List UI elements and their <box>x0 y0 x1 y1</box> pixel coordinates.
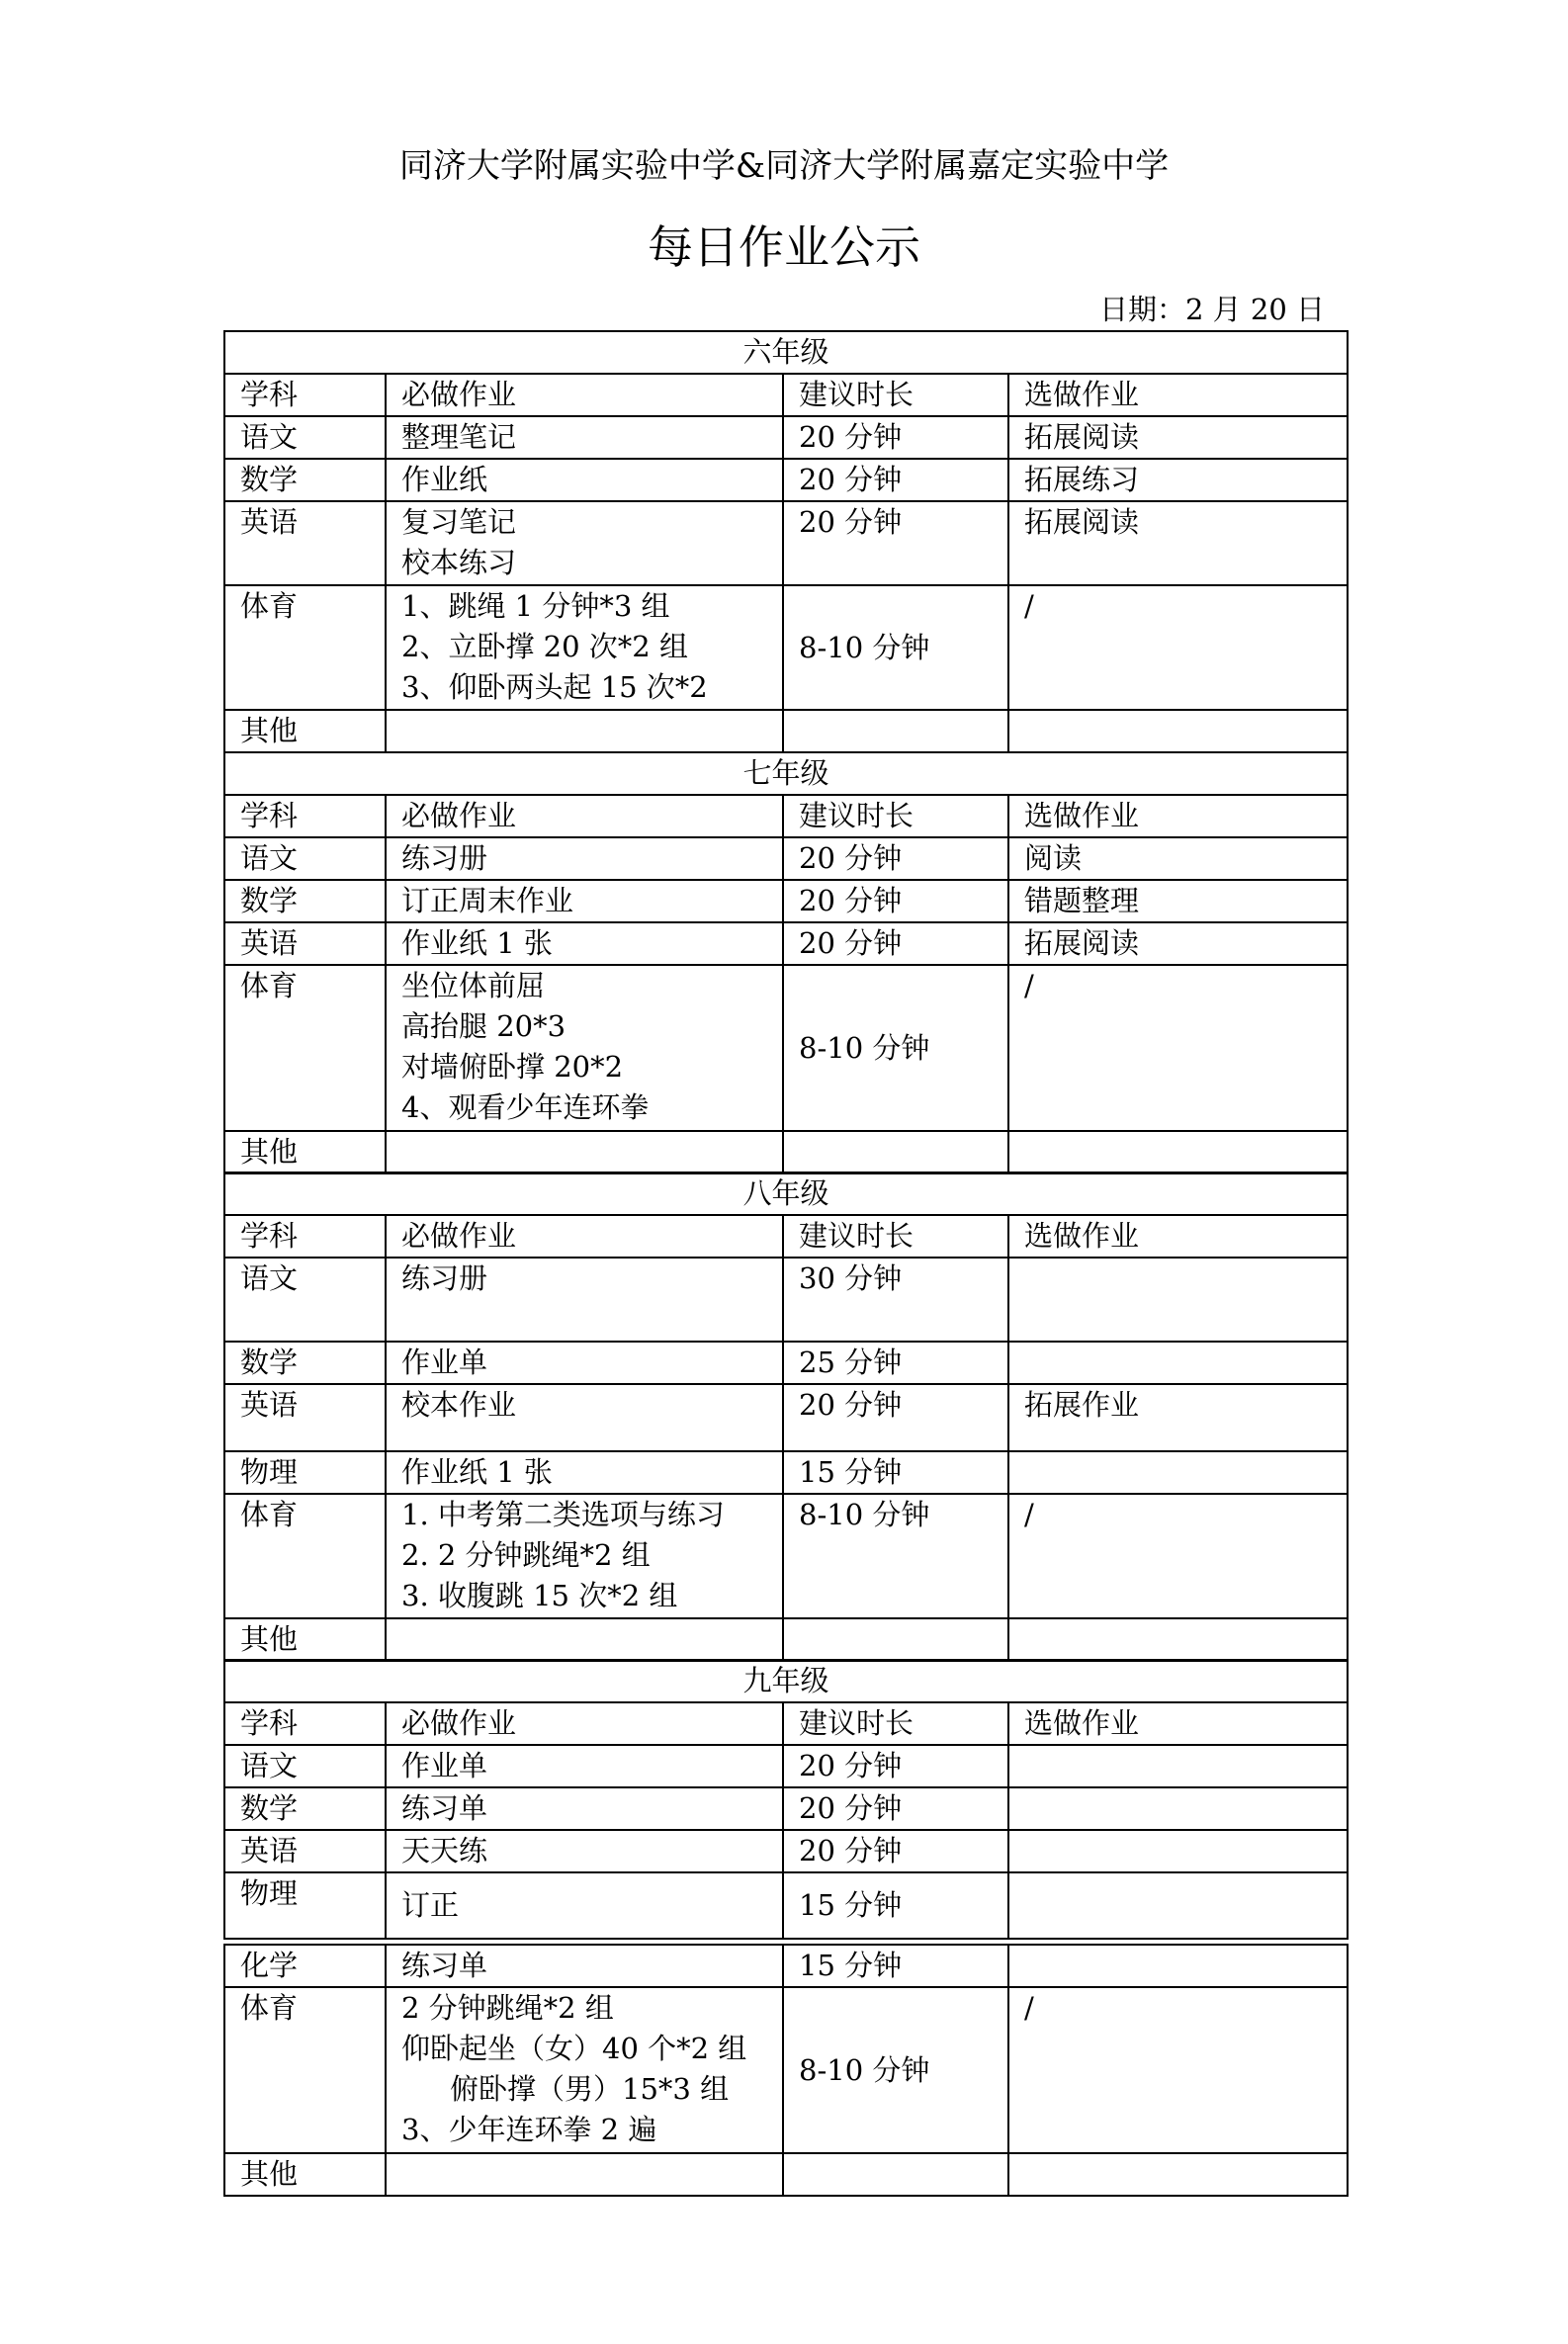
duration-cell: 20 分钟 <box>783 837 1008 880</box>
grade-8-table: 八年级 学科 必做作业 建议时长 选做作业 语文 练习册 30 分钟 数学 作业… <box>223 1172 1349 1662</box>
subject-cell: 体育 <box>224 1987 386 2153</box>
subject-cell: 物理 <box>224 1451 386 1494</box>
optional-cell <box>1008 1131 1348 1173</box>
duration-cell: 15 分钟 <box>783 1451 1008 1494</box>
optional-cell: / <box>1008 1494 1348 1618</box>
date-label: 日期：2 月 20 日 <box>1099 292 1325 327</box>
required-line: 对墙俯卧撑 20*2 <box>401 1047 782 1087</box>
duration-cell: 20 分钟 <box>783 1745 1008 1787</box>
required-line: 俯卧撑（男）15*3 组 <box>401 2069 782 2110</box>
required-cell: 练习单 <box>386 1945 783 1987</box>
required-line: 4、观看少年连环拳 <box>401 1087 782 1128</box>
col-optional: 选做作业 <box>1008 1702 1348 1745</box>
table-row: 数学 作业纸 20 分钟 拓展练习 <box>224 459 1348 501</box>
optional-cell <box>1008 1342 1348 1384</box>
required-line: 复习笔记 <box>401 502 782 543</box>
optional-cell: 拓展练习 <box>1008 459 1348 501</box>
subject-cell: 其他 <box>224 1618 386 1661</box>
duration-cell: 8-10 分钟 <box>783 1987 1008 2153</box>
required-cell: 2 分钟跳绳*2 组 仰卧起坐（女）40 个*2 组 俯卧撑（男）15*3 组 … <box>386 1987 783 2153</box>
required-cell: 天天练 <box>386 1830 783 1872</box>
col-subject: 学科 <box>224 795 386 837</box>
table-row: 数学 作业单 25 分钟 <box>224 1342 1348 1384</box>
column-header-row: 学科 必做作业 建议时长 选做作业 <box>224 795 1348 837</box>
required-cell: 作业纸 1 张 <box>386 922 783 965</box>
table-row: 体育 坐位体前屈 高抬腿 20*3 对墙俯卧撑 20*2 4、观看少年连环拳 8… <box>224 965 1348 1131</box>
required-cell: 复习笔记 校本练习 <box>386 501 783 585</box>
optional-cell <box>1008 710 1348 752</box>
optional-cell <box>1008 1872 1348 1939</box>
required-line: 1、跳绳 1 分钟*3 组 <box>401 586 782 627</box>
col-optional: 选做作业 <box>1008 795 1348 837</box>
subject-cell: 体育 <box>224 1494 386 1618</box>
table-row: 语文 练习册 20 分钟 阅读 <box>224 837 1348 880</box>
subject-cell: 语文 <box>224 416 386 459</box>
duration-cell: 20 分钟 <box>783 459 1008 501</box>
table-row: 语文 练习册 30 分钟 <box>224 1258 1348 1342</box>
duration-cell: 20 分钟 <box>783 501 1008 585</box>
table-row: 英语 天天练 20 分钟 <box>224 1830 1348 1872</box>
duration-cell: 20 分钟 <box>783 1384 1008 1451</box>
optional-cell <box>1008 2153 1348 2196</box>
subject-cell: 数学 <box>224 1342 386 1384</box>
duration-cell: 25 分钟 <box>783 1342 1008 1384</box>
duration-cell: 20 分钟 <box>783 922 1008 965</box>
table-row: 体育 1、跳绳 1 分钟*3 组 2、立卧撑 20 次*2 组 3、仰卧两头起 … <box>224 585 1348 710</box>
col-subject: 学科 <box>224 1702 386 1745</box>
table-row: 其他 <box>224 710 1348 752</box>
table-row: 化学 练习单 15 分钟 <box>224 1945 1348 1987</box>
required-line: 3、仰卧两头起 15 次*2 <box>401 667 782 708</box>
subject-cell: 英语 <box>224 501 386 585</box>
subject-cell: 英语 <box>224 1830 386 1872</box>
required-cell <box>386 1131 783 1173</box>
col-duration: 建议时长 <box>783 1702 1008 1745</box>
optional-cell: 拓展阅读 <box>1008 501 1348 585</box>
duration-cell: 8-10 分钟 <box>783 585 1008 710</box>
required-line: 仰卧起坐（女）40 个*2 组 <box>401 2029 782 2069</box>
subject-cell: 体育 <box>224 965 386 1131</box>
optional-cell: / <box>1008 585 1348 710</box>
subject-cell: 语文 <box>224 1745 386 1787</box>
table-row: 其他 <box>224 1618 1348 1661</box>
column-header-row: 学科 必做作业 建议时长 选做作业 <box>224 374 1348 416</box>
required-cell <box>386 1618 783 1661</box>
duration-cell: 8-10 分钟 <box>783 965 1008 1131</box>
grade-title: 七年级 <box>224 752 1348 795</box>
school-name: 同济大学附属实验中学&同济大学附属嘉定实验中学 <box>0 144 1568 188</box>
table-row: 其他 <box>224 1131 1348 1173</box>
subject-cell: 英语 <box>224 1384 386 1451</box>
col-duration: 建议时长 <box>783 795 1008 837</box>
optional-cell: 错题整理 <box>1008 880 1348 922</box>
duration-cell <box>783 1131 1008 1173</box>
page-title: 每日作业公示 <box>0 219 1568 275</box>
col-duration: 建议时长 <box>783 1215 1008 1258</box>
col-optional: 选做作业 <box>1008 374 1348 416</box>
required-cell: 练习册 <box>386 1258 783 1342</box>
required-cell: 校本作业 <box>386 1384 783 1451</box>
required-cell: 作业单 <box>386 1745 783 1787</box>
required-cell: 1、跳绳 1 分钟*3 组 2、立卧撑 20 次*2 组 3、仰卧两头起 15 … <box>386 585 783 710</box>
col-required: 必做作业 <box>386 1215 783 1258</box>
optional-cell <box>1008 1451 1348 1494</box>
subject-cell: 其他 <box>224 1131 386 1173</box>
required-cell: 作业纸 1 张 <box>386 1451 783 1494</box>
duration-cell <box>783 710 1008 752</box>
duration-cell: 20 分钟 <box>783 880 1008 922</box>
duration-cell: 30 分钟 <box>783 1258 1008 1342</box>
table-row: 数学 练习单 20 分钟 <box>224 1787 1348 1830</box>
subject-cell: 数学 <box>224 880 386 922</box>
optional-cell: / <box>1008 1987 1348 2153</box>
optional-cell <box>1008 1745 1348 1787</box>
duration-cell <box>783 1618 1008 1661</box>
required-cell: 1. 中考第二类选项与练习 2. 2 分钟跳绳*2 组 3. 收腹跳 15 次*… <box>386 1494 783 1618</box>
col-required: 必做作业 <box>386 795 783 837</box>
duration-cell <box>783 2153 1008 2196</box>
table-row: 英语 复习笔记 校本练习 20 分钟 拓展阅读 <box>224 501 1348 585</box>
table-row: 物理 订正 15 分钟 <box>224 1872 1348 1939</box>
required-line: 2、立卧撑 20 次*2 组 <box>401 627 782 667</box>
required-line: 2 分钟跳绳*2 组 <box>401 1988 782 2029</box>
optional-cell <box>1008 1258 1348 1342</box>
subject-cell: 化学 <box>224 1945 386 1987</box>
required-cell: 整理笔记 <box>386 416 783 459</box>
required-cell: 坐位体前屈 高抬腿 20*3 对墙俯卧撑 20*2 4、观看少年连环拳 <box>386 965 783 1131</box>
duration-cell: 8-10 分钟 <box>783 1494 1008 1618</box>
required-line: 坐位体前屈 <box>401 966 782 1006</box>
grade-6-table: 六年级 学科 必做作业 建议时长 选做作业 语文 整理笔记 20 分钟 拓展阅读… <box>223 330 1349 753</box>
col-required: 必做作业 <box>386 1702 783 1745</box>
optional-cell <box>1008 1945 1348 1987</box>
table-row: 数学 订正周末作业 20 分钟 错题整理 <box>224 880 1348 922</box>
duration-cell: 20 分钟 <box>783 416 1008 459</box>
optional-cell: 拓展作业 <box>1008 1384 1348 1451</box>
subject-cell: 数学 <box>224 1787 386 1830</box>
col-subject: 学科 <box>224 374 386 416</box>
required-line: 校本练习 <box>401 543 782 583</box>
optional-cell: 拓展阅读 <box>1008 922 1348 965</box>
required-cell: 作业单 <box>386 1342 783 1384</box>
col-subject: 学科 <box>224 1215 386 1258</box>
required-cell <box>386 710 783 752</box>
required-line: 2. 2 分钟跳绳*2 组 <box>401 1535 782 1576</box>
duration-cell: 20 分钟 <box>783 1787 1008 1830</box>
grade-title: 六年级 <box>224 331 1348 374</box>
required-cell: 作业纸 <box>386 459 783 501</box>
subject-cell: 数学 <box>224 459 386 501</box>
required-cell: 订正周末作业 <box>386 880 783 922</box>
duration-cell: 20 分钟 <box>783 1830 1008 1872</box>
col-required: 必做作业 <box>386 374 783 416</box>
table-row: 英语 作业纸 1 张 20 分钟 拓展阅读 <box>224 922 1348 965</box>
grade-9-table: 九年级 学科 必做作业 建议时长 选做作业 语文 作业单 20 分钟 数学 练习… <box>223 1659 1349 1940</box>
required-cell: 订正 <box>386 1872 783 1939</box>
col-optional: 选做作业 <box>1008 1215 1348 1258</box>
column-header-row: 学科 必做作业 建议时长 选做作业 <box>224 1215 1348 1258</box>
required-line: 3. 收腹跳 15 次*2 组 <box>401 1576 782 1616</box>
table-row: 语文 整理笔记 20 分钟 拓展阅读 <box>224 416 1348 459</box>
subject-cell: 其他 <box>224 2153 386 2196</box>
grade-title: 八年级 <box>224 1172 1348 1215</box>
grade-9-table-continued: 化学 练习单 15 分钟 体育 2 分钟跳绳*2 组 仰卧起坐（女）40 个*2… <box>223 1944 1349 2197</box>
optional-cell <box>1008 1618 1348 1661</box>
required-cell: 练习册 <box>386 837 783 880</box>
table-row: 物理 作业纸 1 张 15 分钟 <box>224 1451 1348 1494</box>
grade-title: 九年级 <box>224 1660 1348 1702</box>
subject-cell: 体育 <box>224 585 386 710</box>
table-row: 体育 1. 中考第二类选项与练习 2. 2 分钟跳绳*2 组 3. 收腹跳 15… <box>224 1494 1348 1618</box>
optional-cell <box>1008 1830 1348 1872</box>
table-row: 其他 <box>224 2153 1348 2196</box>
optional-cell: / <box>1008 965 1348 1131</box>
required-cell: 练习单 <box>386 1787 783 1830</box>
optional-cell <box>1008 1787 1348 1830</box>
required-line: 1. 中考第二类选项与练习 <box>401 1495 782 1535</box>
duration-cell: 15 分钟 <box>783 1945 1008 1987</box>
subject-cell: 语文 <box>224 1258 386 1342</box>
grade-7-table: 七年级 学科 必做作业 建议时长 选做作业 语文 练习册 20 分钟 阅读 数学… <box>223 751 1349 1174</box>
subject-cell: 语文 <box>224 837 386 880</box>
subject-cell: 其他 <box>224 710 386 752</box>
table-row: 英语 校本作业 20 分钟 拓展作业 <box>224 1384 1348 1451</box>
subject-cell: 英语 <box>224 922 386 965</box>
optional-cell: 阅读 <box>1008 837 1348 880</box>
duration-cell: 15 分钟 <box>783 1872 1008 1939</box>
optional-cell: 拓展阅读 <box>1008 416 1348 459</box>
required-line: 高抬腿 20*3 <box>401 1006 782 1047</box>
col-duration: 建议时长 <box>783 374 1008 416</box>
subject-cell: 物理 <box>224 1872 386 1939</box>
required-line: 3、少年连环拳 2 遍 <box>401 2110 782 2150</box>
table-row: 体育 2 分钟跳绳*2 组 仰卧起坐（女）40 个*2 组 俯卧撑（男）15*3… <box>224 1987 1348 2153</box>
required-cell <box>386 2153 783 2196</box>
column-header-row: 学科 必做作业 建议时长 选做作业 <box>224 1702 1348 1745</box>
table-row: 语文 作业单 20 分钟 <box>224 1745 1348 1787</box>
